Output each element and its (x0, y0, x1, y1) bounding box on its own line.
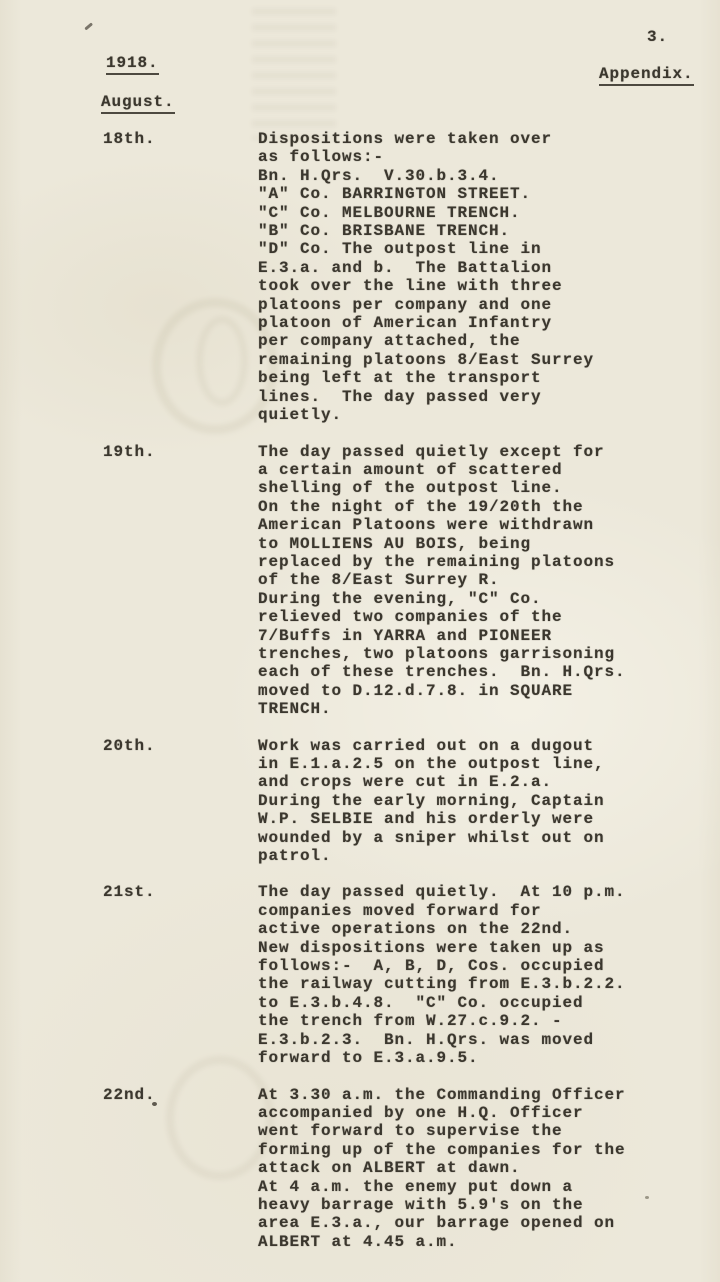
month-heading: August. (101, 93, 175, 114)
pen-mark (84, 22, 93, 30)
diary-entry: 22nd.At 3.30 a.m. the Commanding Officer… (0, 1086, 720, 1252)
entry-date: 20th. (103, 737, 258, 866)
entry-date: 22nd. (103, 1086, 258, 1252)
entry-text: The day passed quietly except for a cert… (258, 443, 626, 719)
year-heading: 1918. (106, 54, 159, 75)
page-number: 3. (647, 28, 668, 46)
appendix-heading: Appendix. (599, 65, 694, 86)
diary-entry: 19th.The day passed quietly except for a… (0, 443, 720, 719)
entry-date: 19th. (103, 443, 258, 719)
entry-text: The day passed quietly. At 10 p.m. compa… (258, 883, 626, 1067)
bleedthrough-smudge (252, 8, 336, 140)
diary-entry: 20th.Work was carried out on a dugout in… (0, 737, 720, 866)
entry-text: Dispositions were taken over as follows:… (258, 130, 594, 425)
entry-text: At 3.30 a.m. the Commanding Officer acco… (258, 1086, 626, 1252)
diary-entry: 21st.The day passed quietly. At 10 p.m. … (0, 883, 720, 1067)
war-diary-page: 3. 1918. Appendix. August. 18th.Disposit… (0, 0, 720, 1282)
entry-date: 18th. (103, 130, 258, 425)
entry-text: Work was carried out on a dugout in E.1.… (258, 737, 605, 866)
entry-date: 21st. (103, 883, 258, 1067)
diary-entries: 18th.Dispositions were taken over as fol… (0, 130, 720, 1269)
diary-entry: 18th.Dispositions were taken over as fol… (0, 130, 720, 425)
